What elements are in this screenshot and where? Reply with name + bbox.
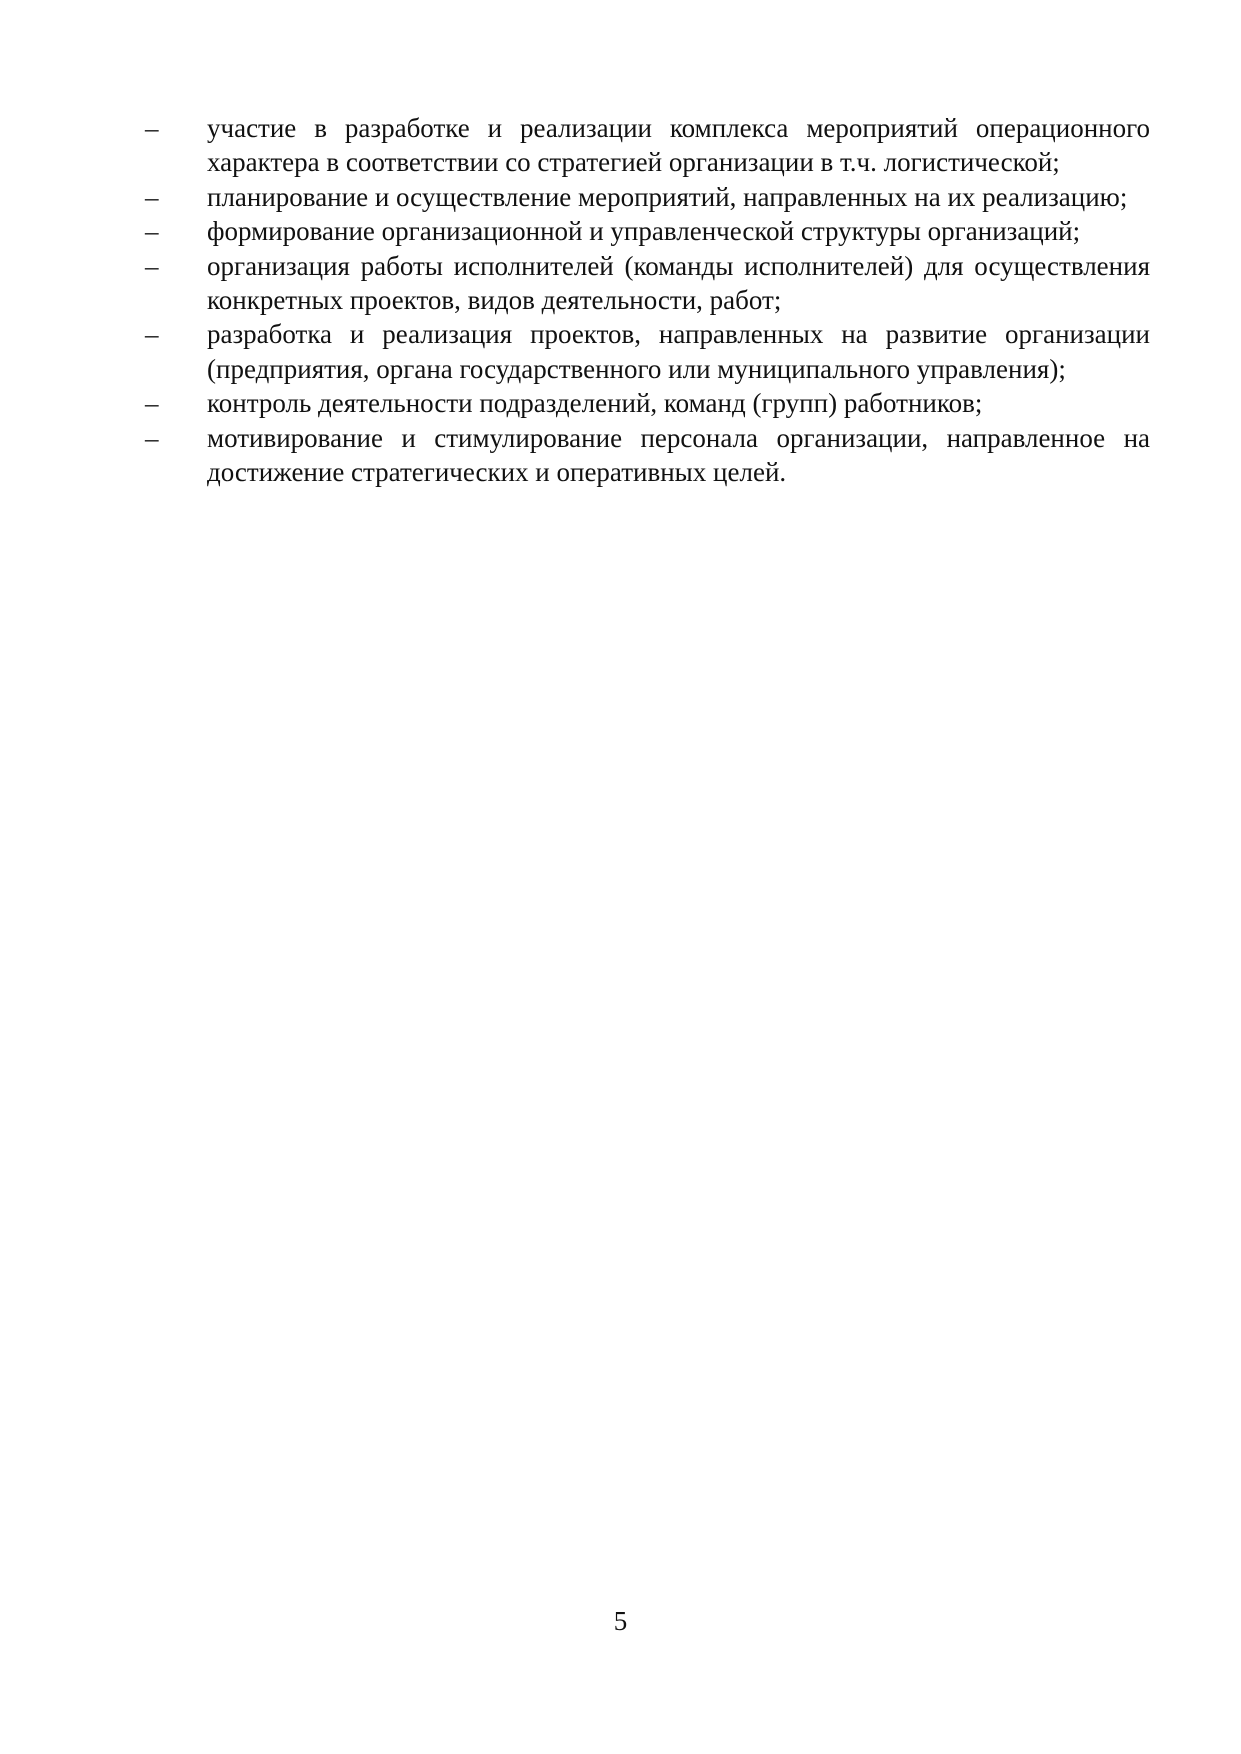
dash-bullet-icon: – [145,180,185,214]
list-item-text: мотивирование и стимулирование персонала… [207,421,1150,490]
list-item: – планирование и осуществление мероприят… [145,180,1150,214]
list-item-text: организация работы исполнителей (команды… [207,249,1150,318]
dash-bullet-icon: – [145,214,185,248]
list-item-text: разработка и реализация проектов, направ… [207,317,1150,386]
dash-bullet-icon: – [145,386,185,420]
dash-bullet-icon: – [145,317,185,351]
dash-bullet-icon: – [145,111,185,145]
bullet-list: – участие в разработке и реализации комп… [145,111,1150,489]
document-page: – участие в разработке и реализации комп… [0,0,1241,1754]
list-item: – мотивирование и стимулирование персона… [145,421,1150,490]
dash-bullet-icon: – [145,249,185,283]
list-item: – формирование организационной и управле… [145,214,1150,248]
page-number: 5 [0,1604,1241,1638]
list-item: – контроль деятельности подразделений, к… [145,386,1150,420]
list-item: – организация работы исполнителей (коман… [145,249,1150,318]
list-item-text: участие в разработке и реализации компле… [207,111,1150,180]
list-item-text: формирование организационной и управленч… [207,214,1150,248]
list-item: – участие в разработке и реализации комп… [145,111,1150,180]
list-item-text: планирование и осуществление мероприятий… [207,180,1150,214]
list-item: – разработка и реализация проектов, напр… [145,317,1150,386]
dash-bullet-icon: – [145,421,185,455]
list-item-text: контроль деятельности подразделений, ком… [207,386,1150,420]
